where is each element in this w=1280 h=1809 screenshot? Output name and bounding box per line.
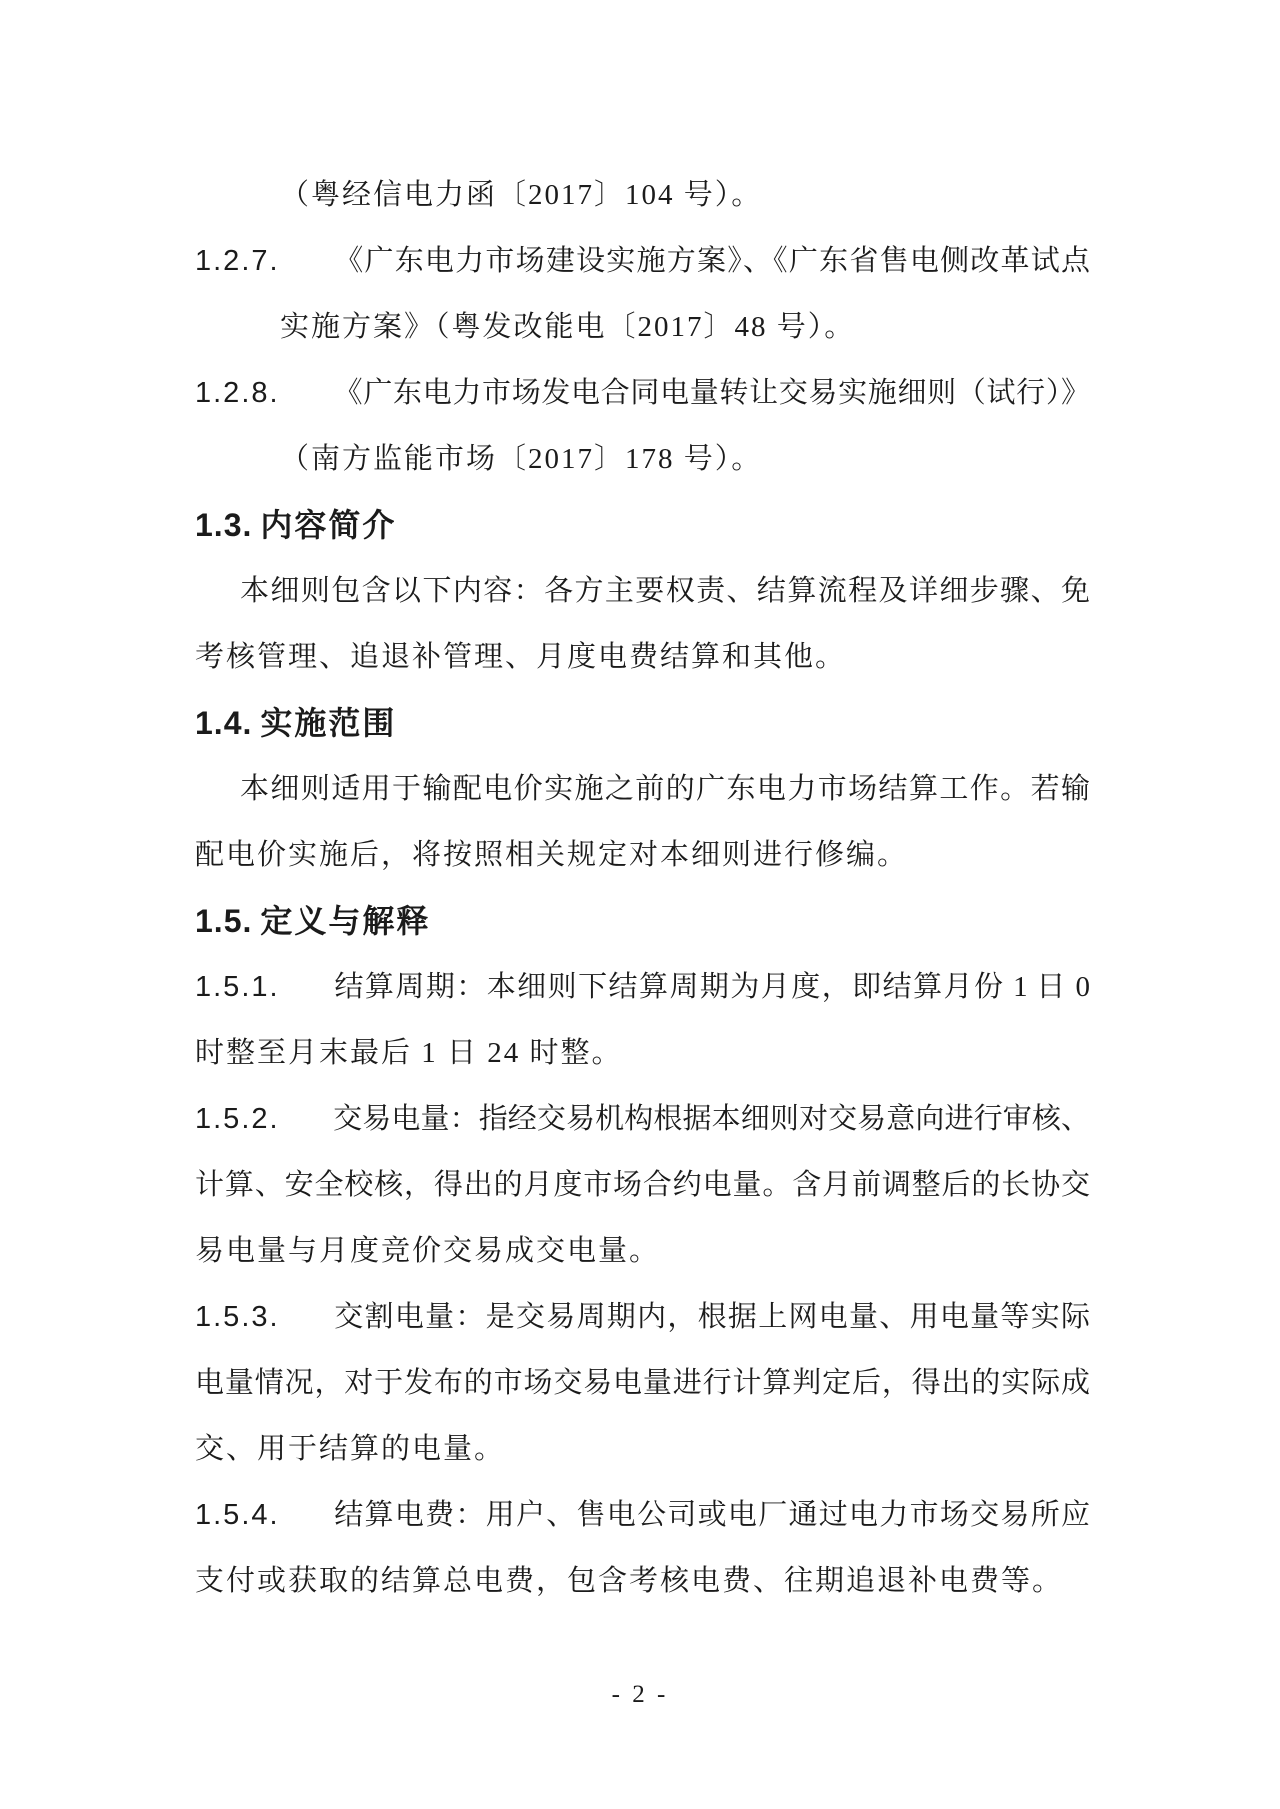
heading-text: 内容简介: [260, 507, 396, 543]
list-item-text: 《广东电力市场建设实施方案》、《广东省售电侧改革试点: [333, 245, 1090, 277]
paragraph-line: 时整至月末最后 1 日 24 时整。: [195, 1020, 1090, 1086]
paragraph-line: 计算、安全校核，得出的月度市场合约电量。含月前调整后的长协交: [195, 1152, 1090, 1218]
list-item-text: 结算电费：用户、售电公司或电厂通过电力市场交易所应: [333, 1499, 1090, 1531]
reference-item-1-2-7: 1.2.7.《广东电力市场建设实施方案》、《广东省售电侧改革试点: [195, 228, 1090, 294]
list-item-number: 1.5.2.: [195, 1086, 333, 1152]
list-item-text: 交易电量：指经交易机构根据本细则对交易意向进行审核、: [333, 1103, 1090, 1135]
heading-number: 1.5.: [195, 903, 252, 939]
paragraph-line: 易电量与月度竞价交易成交电量。: [195, 1218, 1090, 1284]
list-item-number: 1.5.3.: [195, 1284, 333, 1350]
list-item-number: 1.5.1.: [195, 954, 333, 1020]
paragraph-line: 本细则适用于输配电价实施之前的广东电力市场结算工作。若输: [195, 756, 1090, 822]
reference-item-1-2-8: 1.2.8.《广东电力市场发电合同电量转让交易实施细则（试行）》: [195, 360, 1090, 426]
heading-text: 定义与解释: [260, 903, 430, 939]
document-page: （粤经信电力函〔2017〕104 号）。 1.2.7.《广东电力市场建设实施方案…: [0, 0, 1280, 1809]
list-item-text: 《广东电力市场发电合同电量转让交易实施细则（试行）》: [333, 377, 1090, 409]
paragraph-line: 电量情况，对于发布的市场交易电量进行计算判定后，得出的实际成: [195, 1350, 1090, 1416]
list-item-text: 交割电量：是交易周期内，根据上网电量、用电量等实际: [333, 1301, 1090, 1333]
heading-text: 实施范围: [260, 705, 396, 741]
paragraph-line: 本细则包含以下内容：各方主要权责、结算流程及详细步骤、免: [195, 558, 1090, 624]
list-item-number: 1.5.4.: [195, 1482, 333, 1548]
definition-item-1-5-3: 1.5.3.交割电量：是交易周期内，根据上网电量、用电量等实际: [195, 1284, 1090, 1350]
paragraph-line: 交、用于结算的电量。: [195, 1416, 1090, 1482]
document-body: （粤经信电力函〔2017〕104 号）。 1.2.7.《广东电力市场建设实施方案…: [195, 162, 1090, 1614]
section-heading-1-3: 1.3.内容简介: [195, 492, 1090, 558]
list-item-text: 结算周期：本细则下结算周期为月度，即结算月份 1 日 0: [333, 971, 1090, 1003]
paragraph-line: 支付或获取的结算总电费，包含考核电费、往期追退补电费等。: [195, 1548, 1090, 1614]
definition-item-1-5-2: 1.5.2.交易电量：指经交易机构根据本细则对交易意向进行审核、: [195, 1086, 1090, 1152]
list-item-number: 1.2.8.: [195, 360, 333, 426]
paragraph-line: 考核管理、追退补管理、月度电费结算和其他。: [195, 624, 1090, 690]
definition-item-1-5-4: 1.5.4.结算电费：用户、售电公司或电厂通过电力市场交易所应: [195, 1482, 1090, 1548]
reference-continuation-line: （粤经信电力函〔2017〕104 号）。: [195, 162, 1090, 228]
list-item-number: 1.2.7.: [195, 228, 333, 294]
heading-number: 1.4.: [195, 705, 252, 741]
page-number: - 2 -: [0, 1662, 1280, 1728]
reference-continuation-line: （南方监能市场〔2017〕178 号）。: [195, 426, 1090, 492]
reference-continuation-line: 实施方案》（粤发改能电〔2017〕48 号）。: [195, 294, 1090, 360]
definition-item-1-5-1: 1.5.1.结算周期：本细则下结算周期为月度，即结算月份 1 日 0: [195, 954, 1090, 1020]
section-heading-1-4: 1.4.实施范围: [195, 690, 1090, 756]
heading-number: 1.3.: [195, 507, 252, 543]
section-heading-1-5: 1.5.定义与解释: [195, 888, 1090, 954]
paragraph-line: 配电价实施后，将按照相关规定对本细则进行修编。: [195, 822, 1090, 888]
